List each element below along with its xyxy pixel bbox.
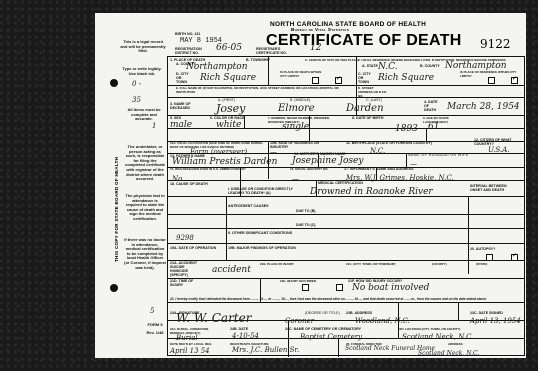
sex-value: male [170,120,192,130]
pod-county-value: Northampton [186,62,248,72]
pod-township-label: b. TOWNSHIP [246,58,270,62]
cemetery-label: 24c. NAME OF CEMETERY OR CREMATORY [285,327,361,331]
antecedent-label: ANTECEDENT CAUSES [228,204,269,208]
registrar-cert-value: 12 [310,43,321,53]
autopsy-label: 20. AUTOPSY? [470,247,495,251]
registrar-sig-value: Mrs. J.C. Bullen Sr. [232,346,299,354]
address-value: Woodland, N.C. [355,317,410,325]
cemetery-value: Baptist Cemetery [300,333,362,341]
note-physician: The physician last in attendance is requ… [124,194,166,222]
race-value: white [216,120,241,130]
autopsy-no-checkbox[interactable] [511,254,518,261]
injury-state-label: (STATE) [476,262,487,266]
note-type: Type or write legibly. Use black ink. [122,67,162,76]
industry-value: — [270,148,277,156]
first-name-value: Josey [216,102,245,115]
birth-no-label: Birth No. 131 [175,32,200,36]
res-city-value: Rich Square [378,73,434,83]
due-b-label: DUE TO (b) [296,209,316,213]
middle-name-label: b. (Middle) [290,98,310,102]
registration-district-value: 66-05 [216,43,242,53]
icd-code: 9298 [176,234,194,242]
funeral-address-value: Scotland Neck, N.C. [418,350,479,357]
injury-how-value: No boat involved [352,283,429,293]
informant-label: 17. INFORMANT'S NAME AND ADDRESS [344,167,413,171]
form-revision: Rev. 1/48 [140,331,170,336]
citizen-value: U.S.A. [488,146,510,154]
operation-date-label: 19a. DATE OF OPERATION [170,246,216,250]
burial-value: Burial [176,334,198,342]
dob-label: 8. DATE OF BIRTH [352,116,383,120]
accident-label: 21a. ACCIDENT SUICIDE HOMICIDE (Specify) [170,261,200,277]
code-mark: 1 [152,122,156,130]
res-state-value: N.C. [378,62,398,72]
res-street-label: d. STREET ADDRESS or R.F.D. NO. [358,86,388,98]
note-undertaker: The undertaker, or person acting as such… [124,145,166,182]
marital-value: single [282,122,309,132]
location-value: Scotland Neck, N.C. [402,333,473,341]
res-limits-yes-checkbox[interactable] [488,77,495,84]
address-label: 23b. ADDRESS [346,311,372,315]
ssn-value: — [292,175,299,183]
birthplace-value: N.C. [370,147,385,155]
armed-forces-label: 15. WAS DECEASED EVER IN U.S. ARMED FORC… [170,167,246,171]
dob-value: 1893 [395,124,418,134]
injury-city-label: 21c. (CITY, TOWN, OR TOWNSHIP) [346,262,396,266]
disease-value: Drowned in Roanoke River [310,187,433,197]
injury-at-work-checkbox[interactable] [302,284,309,291]
accident-value: accident [212,265,251,275]
code-mark: 0 - [132,80,141,88]
res-city-label: c. CITY OR TOWN [358,72,372,84]
injury-not-at-work-checkbox[interactable] [336,284,343,291]
agency-name: NORTH CAROLINA STATE BOARD OF HEALTH [270,21,426,28]
date-signed-value: April 13, 1954 [470,317,521,325]
interval-label: INTERVAL BETWEEN ONSET AND DEATH [470,184,518,192]
registrar-cert-label: REGISTRAR'S CERTIFICATE NO. [256,47,304,55]
due-c-label: DUE TO (c) [296,223,316,227]
note-legal: This is a legal record and will be perma… [120,40,166,54]
mother-value: Josephine Josey [292,156,363,166]
ssn-label: 16. SOCIAL SECURITY NO. [290,167,328,171]
degree-value: Coroner [285,317,314,325]
industry-label: 10b. KIND OF BUSINESS OR INDUSTRY [270,141,330,149]
spouse-label: NAME OF HUSBAND OR WIFE [408,153,469,157]
middle-name-value: Elmore [278,103,315,114]
last-name-label: c. (Last) [366,98,382,102]
code-mark: 35 [132,96,141,104]
burial-date-value: 4-10-54 [232,332,259,340]
findings-label: 19b. MAJOR FINDINGS OF OPERATION [228,246,296,250]
citizen-label: 12. CITIZEN OF WHAT COUNTRY? [474,138,522,146]
degree-label: (Degree or title) [305,311,340,315]
note-coroner: If there was no doctor in attendance, me… [124,238,166,270]
pod-city-label: d. CITY OR TOWN [176,72,192,84]
funeral-address-label: ADDRESS [448,342,463,346]
registration-district-label: REGISTRATION DISTRICT NO. [175,47,215,55]
date-signed-label: 23c. DATE SIGNED [470,311,503,315]
punch-hole [110,79,118,87]
res-county-label: b. COUNTY [420,64,440,68]
injury-time-label: 21d. TIME OF INJURY [170,279,200,287]
location-label: 24d. LOCATION (City, town, or county) [398,327,460,331]
punch-hole [110,284,118,292]
pod-length-label: c. LENGTH OF STAY (in this place) [305,58,359,62]
code-mark: 5 [150,307,154,315]
received-label: DATE REC'D BY LOCAL REG. [170,342,212,346]
pod-limits-no-checkbox[interactable] [335,77,342,84]
pod-limits-yes-checkbox[interactable] [312,77,319,84]
name-label: 3. NAME OF DECEASED [170,102,200,110]
last-name-value: Darden [346,103,384,114]
date-of-death-value: March 28, 1954 [447,102,520,112]
injury-place-label: 21b. PLACE OF INJURY [260,262,294,266]
file-number: 9122 [480,37,511,51]
age-value: 61 [428,122,439,132]
certify-statement: 22. I hereby certify that I attended the… [170,297,520,301]
pod-city-value: Rich Square [200,73,256,83]
note-complete: All items must be complete and accurate. [125,108,163,122]
form-number: FORM 5 [140,323,170,328]
medical-section-label: MEDICAL CERTIFICATION [318,181,363,185]
injury-occurred-label: 21e. INJURY OCCURRED [280,279,316,283]
signature-value: W. W. Carter [176,311,251,325]
date-of-death-label: 4. DATE OF DEATH [424,100,442,112]
pod-hospital-label: e. FULL NAME OF (If not in hospital or i… [176,86,356,94]
cause-label: 18. CAUSE OF DEATH [170,182,208,186]
autopsy-yes-checkbox[interactable] [486,254,493,261]
father-value: William Prestis Darden [172,157,277,167]
vertical-copy-note: THIS COPY FOR STATE BOARD OF HEALTH [114,157,119,262]
burial-date-label: 24b. DATE [230,327,248,331]
injury-county-label: (COUNTY) [432,262,447,266]
birthplace-label: 11. BIRTHPLACE (State or foreign country… [346,141,432,145]
received-value: April 13 54 [170,347,210,355]
res-state-label: a. STATE [362,64,378,68]
other-conditions-label: II. OTHER SIGNIFICANT CONDITIONS [228,231,292,235]
disease-label: I. DISEASE OR CONDITION DIRECTLY LEADING… [228,187,308,195]
res-limits-no-checkbox[interactable] [511,77,518,84]
